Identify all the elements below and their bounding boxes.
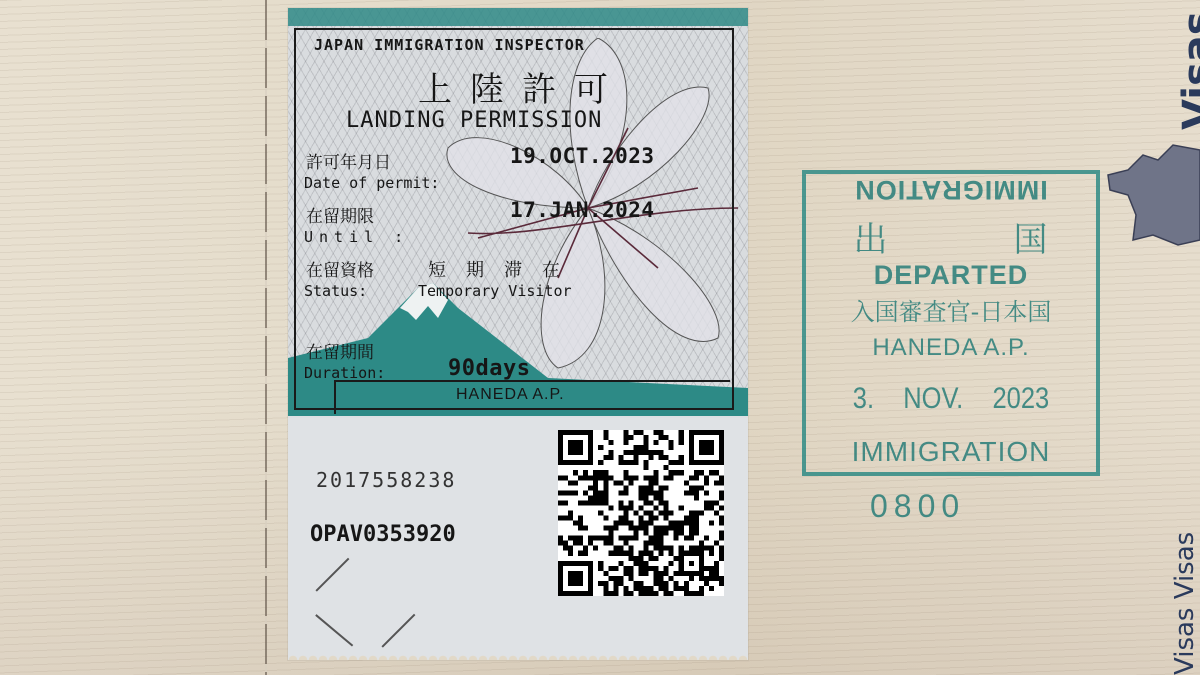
title-japanese: 上陸許可 [418,62,626,111]
sticker-teal-band [288,8,748,26]
stamp-port: HANEDA A.P. [806,334,1096,362]
sticker-lower-section: 2017558238 OPAV0353920 [288,418,748,660]
stamp-kanji-left: 出 [826,212,916,261]
port-of-entry: HANEDA A.P. [456,386,565,404]
sticker-upper-section: JAPAN IMMIGRATION INSPECTOR 上陸許可 LANDING… [288,8,748,416]
stamp-code: 0800 [870,488,965,525]
status-label-jp: 在留資格 [306,256,374,281]
duration-label-jp: 在留期間 [306,338,374,363]
scratch-mark [316,614,354,646]
sticker-perforation [288,650,748,660]
issuer-header: JAPAN IMMIGRATION INSPECTOR [314,36,585,54]
status-label-en: Status: [304,282,367,300]
page-binding-stitch [265,0,267,675]
status-value-jp: 短期滞在 [428,256,580,282]
france-map-icon [1098,135,1200,250]
departure-stamp: IMMIGRATION 出国 DEPARTED 入国審査官-日本国 HANEDA… [802,170,1100,476]
stamp-departed-label: DEPARTED [806,260,1096,291]
stamp-header-inverted: IMMIGRATION [806,174,1096,205]
stamp-inspector-jp: 入国審査官-日本国 [806,292,1096,327]
until-date-value: 17.JAN.2024 [510,198,655,222]
until-label-jp: 在留期限 [306,202,374,227]
reference-code: OPAV0353920 [310,522,456,547]
stamp-kanji-right: 国 [986,212,1076,261]
serial-number: 2017558238 [316,468,456,492]
scratch-mark [381,614,415,648]
until-label-en: Until : [304,228,409,246]
qr-code-icon [558,430,724,596]
visas-label-large: Visas [1175,11,1200,130]
permit-date-label-en: Date of permit: [304,174,439,192]
landing-permission-sticker: JAPAN IMMIGRATION INSPECTOR 上陸許可 LANDING… [288,8,748,660]
scratch-mark [315,558,349,592]
stamp-kanji: 出国 [806,212,1096,261]
duration-value: 90days [448,356,530,381]
status-value-en: Temporary Visitor [418,282,572,300]
stamp-footer: IMMIGRATION [806,436,1096,468]
visas-label: Visas Visas [1170,532,1200,675]
title-english: LANDING PERMISSION [346,108,602,133]
stamp-date: 3. NOV. 2023 [828,382,1075,416]
permit-date-value: 19.OCT.2023 [510,144,655,168]
permit-date-label-jp: 許可年月日 [306,148,391,173]
